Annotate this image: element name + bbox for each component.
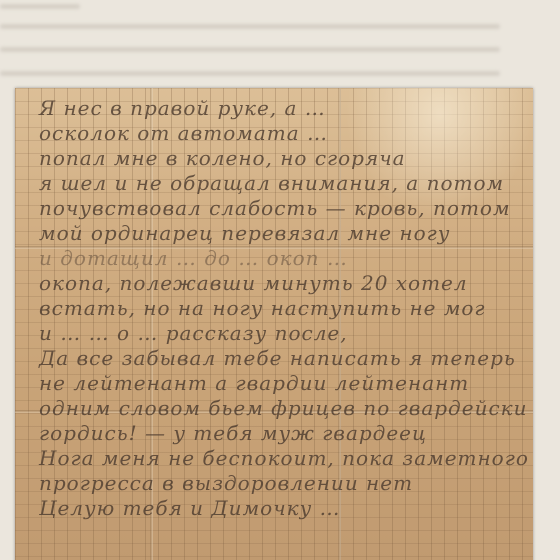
letter-line: Целую тебя и Димочку … [39, 496, 513, 521]
letter-line: гордись! — у тебя муж гвардеец [39, 421, 513, 446]
letter-line: мой ординарец перевязал мне ногу [39, 221, 513, 246]
letter-line: встать, но на ногу наступить не мог [39, 296, 513, 321]
letter-line: и … … о … рассказу после, [39, 321, 513, 346]
letter-line: одним словом бьем фрицев по гвардейски [39, 396, 513, 421]
handwritten-letter: Я нес в правой руке, а … осколок от авто… [15, 88, 533, 560]
letter-line: окопа, полежавши минуть 20 хотел [39, 271, 513, 296]
letter-line: осколок от автомата … [39, 121, 513, 146]
letter-line: и дотащил … до … окоп … [39, 246, 513, 271]
letter-line: Я нес в правой руке, а … [39, 96, 513, 121]
letter-line: я шел и не обращал внимания, а потом [39, 171, 513, 196]
letter-line: попал мне в колено, но сгоряча [39, 146, 513, 171]
letter-line: Да все забывал тебе написать я теперь [39, 346, 513, 371]
letter-text: Я нес в правой руке, а … осколок от авто… [39, 96, 513, 521]
background-printed-text [0, 0, 560, 88]
letter-line: почувствовал слабость — кровь, потом [39, 196, 513, 221]
letter-line: Нога меня не беспокоит, пока заметного [39, 446, 513, 471]
letter-line: не лейтенант а гвардии лейтенант [39, 371, 513, 396]
letter-line: прогресса в выздоровлении нет [39, 471, 513, 496]
